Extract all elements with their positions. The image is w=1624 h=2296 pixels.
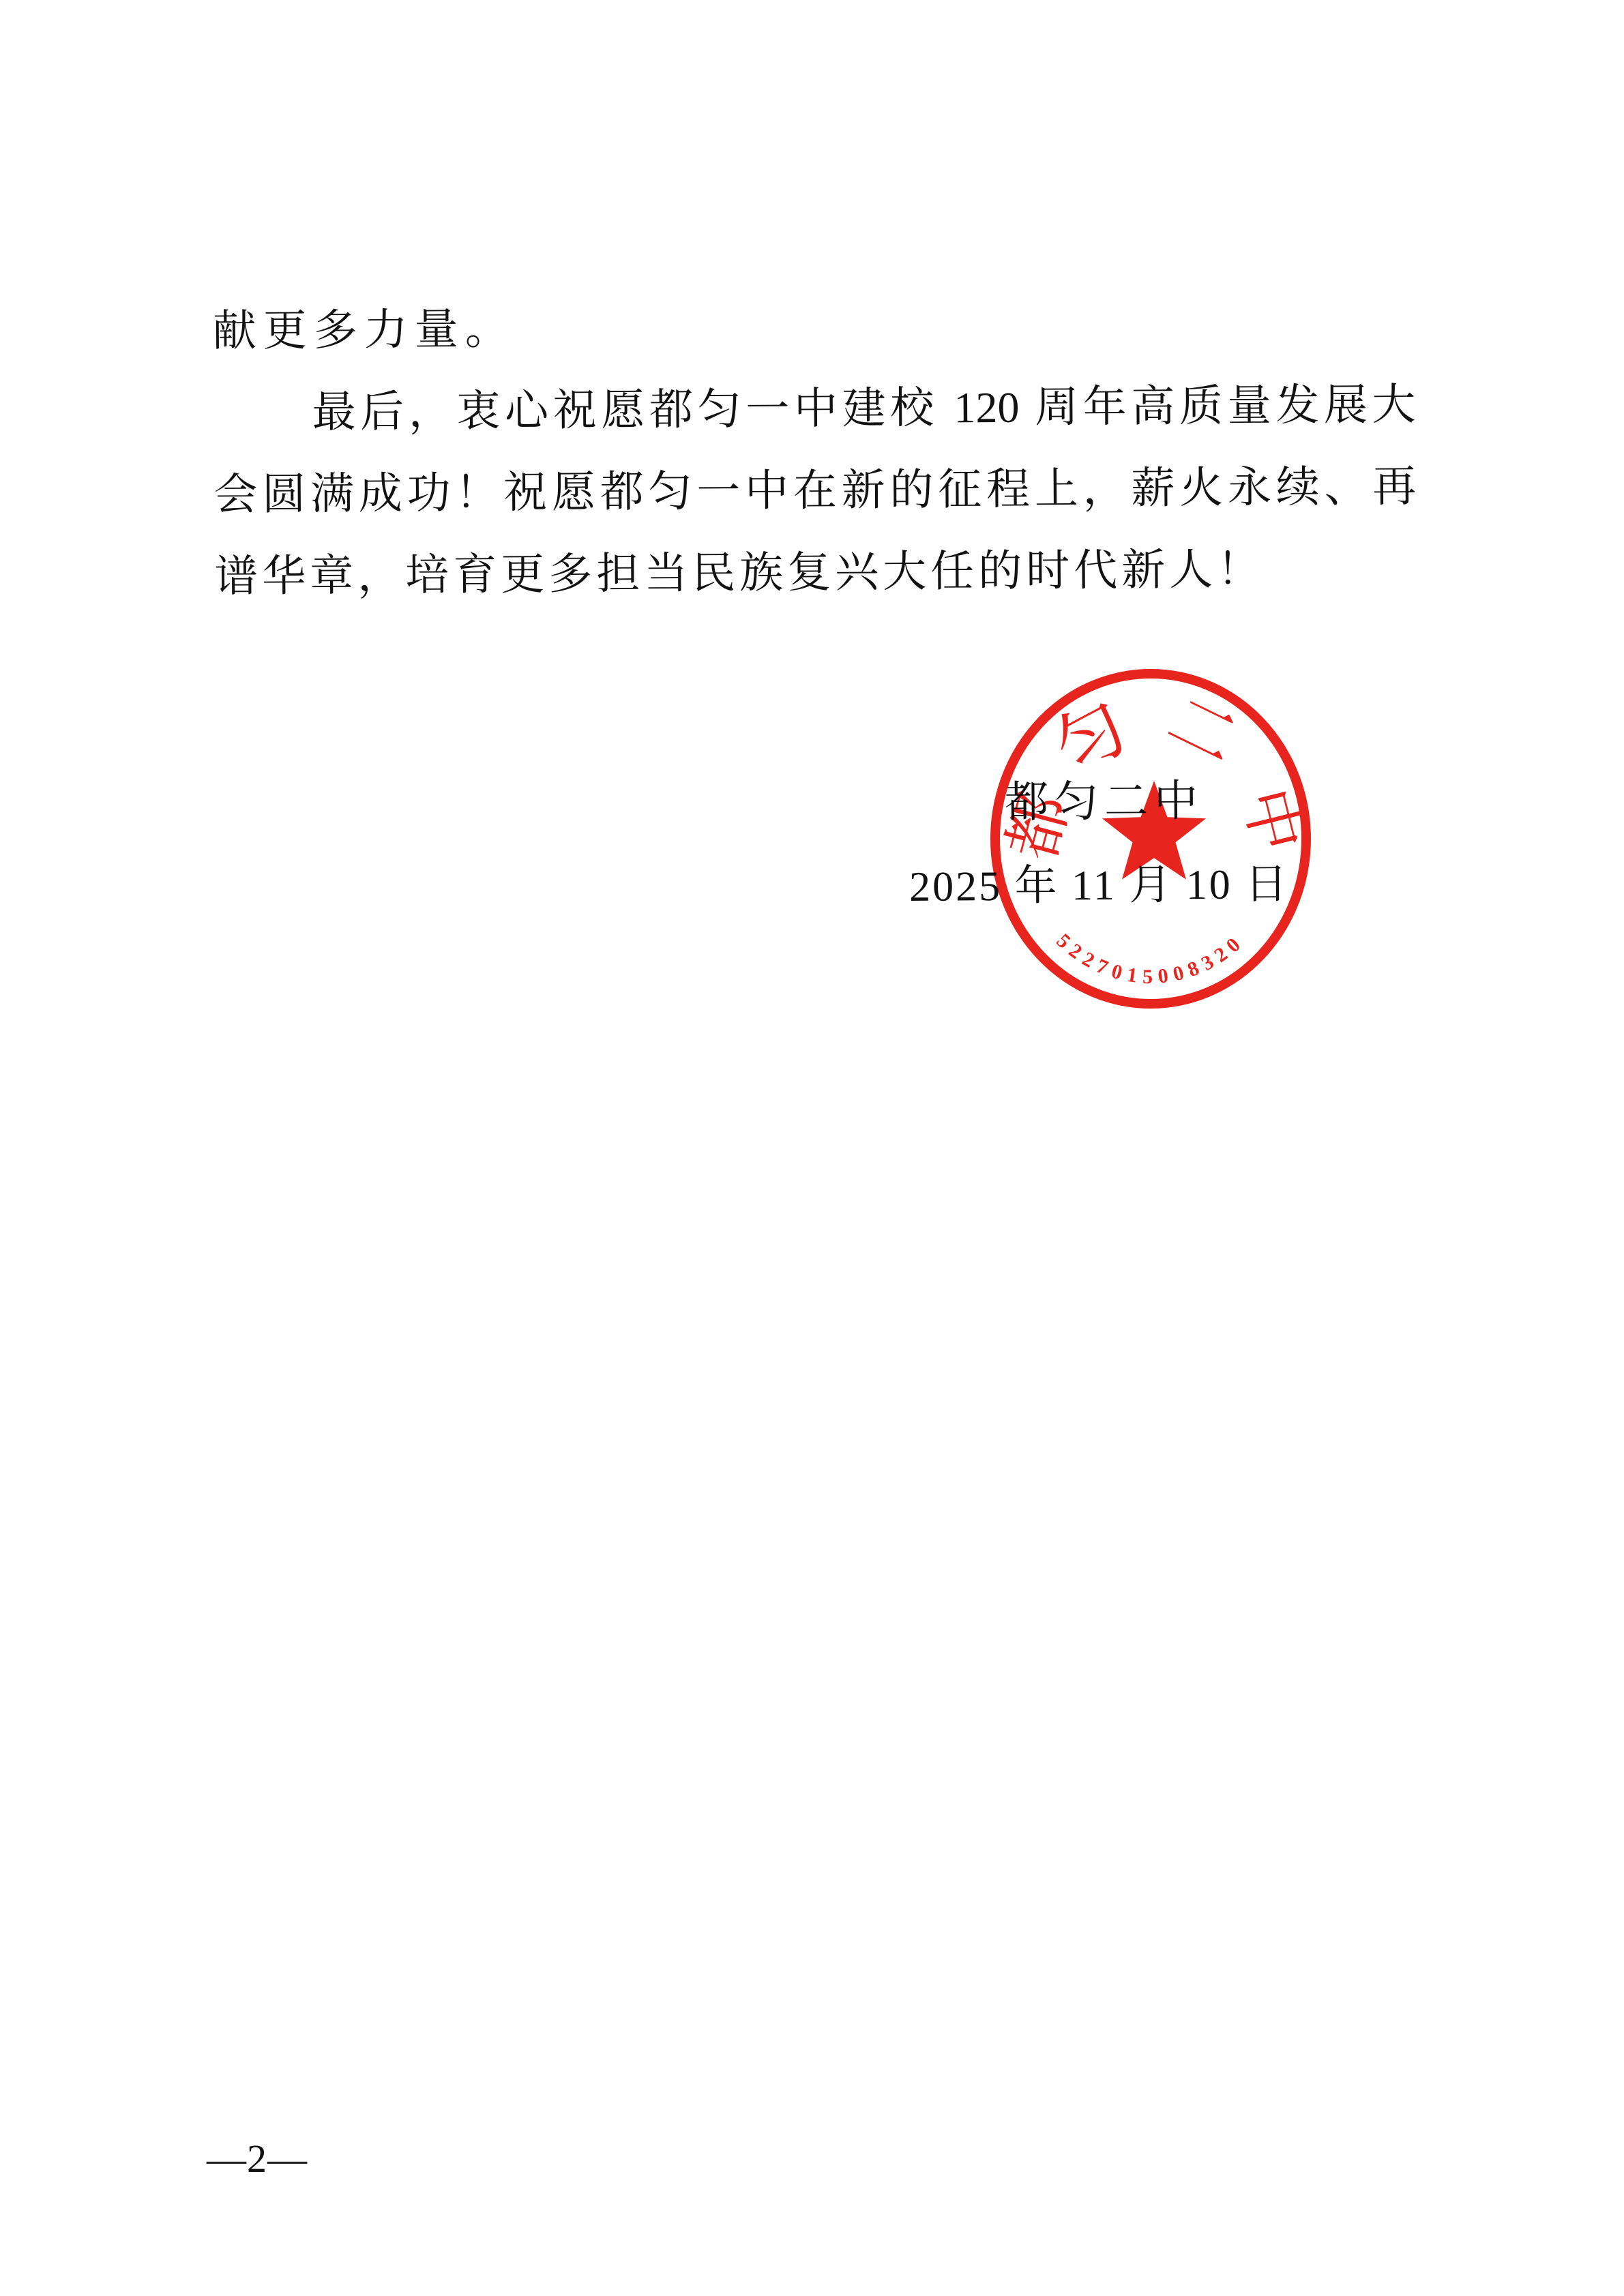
document-page: 献更多力量。 最后，衷心祝愿都匀一中建校 120 周年高质量发展大 会圆满成功！… [0, 0, 1624, 2296]
signature-name: 都匀二中 [1005, 766, 1205, 830]
seal-ring [995, 674, 1306, 1004]
body-line-1: 献更多力量。 [212, 282, 1415, 372]
body-line-4: 谱华章，培育更多担当民族复兴大任的时代新人！ [214, 528, 1417, 618]
seal-code: 5227015008320 [1052, 929, 1250, 988]
signature-date: 2025 年 11 月 10 日 [909, 850, 1290, 913]
official-seal: 都 匀 二 中 5227015008320 [986, 665, 1320, 1019]
seal-ring-char-4: 中 [1230, 781, 1313, 859]
body-line-2: 最后，衷心祝愿都匀一中建校 120 周年高质量发展大 [213, 364, 1416, 454]
body-paragraph: 献更多力量。 最后，衷心祝愿都匀一中建校 120 周年高质量发展大 会圆满成功！… [212, 282, 1417, 618]
body-line-3: 会圆满成功！祝愿都匀一中在新的征程上，薪火永续、再 [213, 446, 1417, 536]
seal-ring-char-3: 二 [1156, 683, 1248, 779]
page-number: —2— [207, 2136, 308, 2181]
